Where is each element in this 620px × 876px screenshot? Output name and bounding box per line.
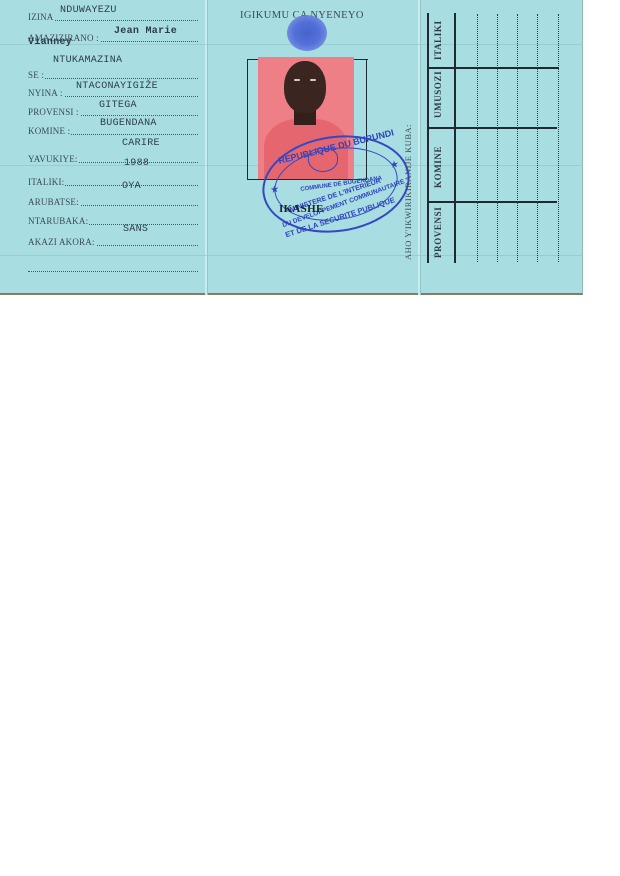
column-header-italiki: ITALIKI	[433, 20, 443, 60]
column-header-umusozi: UMUSOZI	[433, 71, 443, 118]
field-value-se: NTUKAMAZINA	[53, 55, 122, 66]
field-value-izina: NDUWAYEZU	[60, 5, 117, 16]
table-dotted-line	[537, 14, 538, 262]
field-value-nyina: NTACONAYIGIŽE	[76, 81, 158, 92]
field-value-amazizirano: Jean Marie	[114, 26, 177, 37]
field-value-amazizirano-line2: Vianney	[28, 37, 72, 48]
field-label: AKAZI AKORA:	[28, 237, 96, 247]
field-blank-line	[28, 259, 198, 273]
field-label: SE :	[28, 70, 45, 80]
table-border	[454, 13, 456, 263]
field-arubatse: ARUBATSE:	[28, 193, 198, 207]
field-value-akazi-akora: SANS	[123, 224, 148, 235]
field-akazi-akora: AKAZI AKORA:	[28, 233, 198, 247]
field-label: PROVENSI :	[28, 107, 80, 117]
field-italiki: ITALIKI:	[28, 173, 198, 187]
field-label: ARUBATSE:	[28, 197, 80, 207]
fingerprint-mark	[287, 15, 327, 51]
field-ntarubaka: NTARUBAKA:	[28, 212, 198, 226]
field-value-provensi: GITEGA	[99, 100, 137, 111]
coat-of-arms-icon	[308, 148, 338, 172]
table-dotted-line	[517, 14, 518, 262]
field-value-italiki: 1988	[124, 158, 149, 169]
table-dotted-line	[497, 14, 498, 262]
table-dotted-line	[477, 14, 478, 262]
field-label: YAVUKIYE:	[28, 154, 79, 164]
table-border	[427, 13, 429, 263]
column-header-provensi: PROVENSI	[433, 207, 443, 258]
field-se: SE :	[28, 66, 198, 80]
field-value-komine: BUGENDANA	[100, 118, 157, 129]
seal-label: IKASHE	[279, 203, 324, 215]
identity-card: IZINA NDUWAYEZU AMAZIZIRANO : Jean Marie…	[0, 0, 583, 295]
column-header-komine: KOMINE	[433, 146, 443, 188]
table-dotted-line	[558, 14, 559, 262]
star-icon: ★	[389, 159, 399, 171]
field-label: KOMINE :	[28, 126, 71, 136]
personal-info-panel: IZINA NDUWAYEZU AMAZIZIRANO : Jean Marie…	[0, 0, 205, 295]
field-label: NTARUBAKA:	[28, 216, 89, 226]
field-label: ITALIKI:	[28, 177, 65, 187]
field-value-arubatse: OYA	[122, 181, 141, 192]
field-value-yavukiye: CARIRE	[122, 138, 160, 149]
residence-title: AHO Y'IKWIRIKIRANIJE KUBA:	[403, 60, 417, 260]
table-row-divider	[427, 67, 559, 69]
star-icon: ★	[270, 184, 280, 196]
field-yavukiye: YAVUKIYE:	[28, 150, 198, 164]
field-label: NYINA :	[28, 88, 64, 98]
field-label: IZINA	[28, 12, 55, 22]
